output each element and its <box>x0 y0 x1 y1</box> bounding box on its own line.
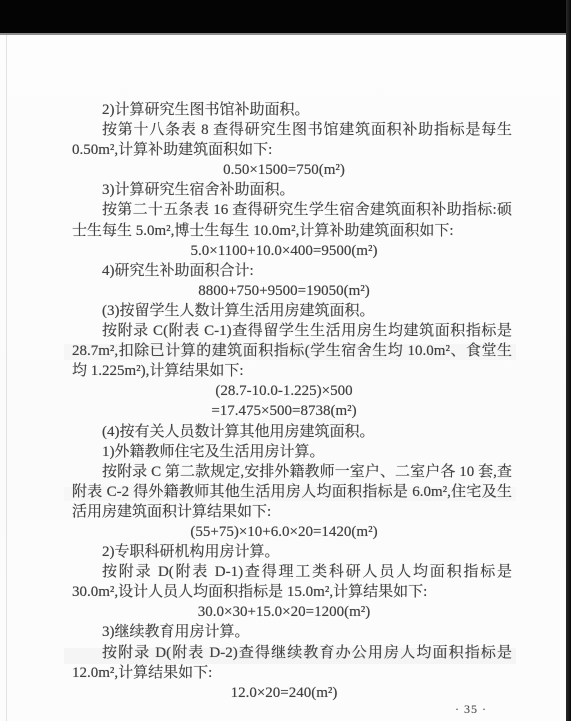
formula-line: =17.475×500=8738(m²) <box>72 401 512 421</box>
paragraph: 按附录 D(附表 D-1)查得理工类科研人员人均面积指标是 30.0m²,设计人… <box>72 562 512 602</box>
paragraph: 2)专职科研机构用房计算。 <box>72 542 512 562</box>
paragraph: 4)研究生补助面积合计: <box>72 261 512 281</box>
document-text-block: 2)计算研究生图书馆补助面积。按第十八条表 8 查得研究生图书馆建筑面积补助指标… <box>72 100 512 703</box>
paragraph: 3)继续教育用房计算。 <box>72 622 512 642</box>
paragraph: 按附录 D(附表 D-2)查得继续教育办公用房人均面积指标是 12.0m²,计算… <box>72 643 512 683</box>
paragraph: 3)计算研究生宿舍补助面积。 <box>72 180 512 200</box>
paragraph: 按第十八条表 8 查得研究生图书馆建筑面积补助指标是每生 0.50m²,计算补助… <box>72 120 512 160</box>
scan-black-edge-right <box>566 0 571 721</box>
paragraph: 按附录 C(附表 C-1)查得留学生生活用房生均建筑面积指标是 28.7m²,扣… <box>72 321 512 381</box>
formula-line: 0.50×1500=750(m²) <box>72 160 512 180</box>
formula-line: 8800+750+9500=19050(m²) <box>72 281 512 301</box>
paragraph: (3)按留学生人数计算生活用房建筑面积。 <box>72 301 512 321</box>
paragraph: 按第二十五条表 16 查得研究生学生宿舍建筑面积补助指标:硕士生每生 5.0m²… <box>72 200 512 240</box>
formula-line: 30.0×30+15.0×20=1200(m²) <box>72 602 512 622</box>
formula-line: 5.0×1100+10.0×400=9500(m²) <box>72 241 512 261</box>
paragraph: 1)外籍教师住宅及生活用房计算。 <box>72 442 512 462</box>
paragraph: 按附录 C 第二款规定,安排外籍教师一室户、二室户各 10 套,查附表 C-2 … <box>72 462 512 522</box>
formula-line: 12.0×20=240(m²) <box>72 683 512 703</box>
scan-black-bar-top <box>0 0 571 33</box>
page-number: · 35 · <box>455 702 487 716</box>
formula-line: (55+75)×10+6.0×20=1420(m²) <box>72 522 512 542</box>
page-edge-line-left <box>6 35 7 721</box>
paragraph: (4)按有关人员数计算其他用房建筑面积。 <box>72 422 512 442</box>
paragraph: 2)计算研究生图书馆补助面积。 <box>72 100 512 120</box>
formula-line: (28.7-10.0-1.225)×500 <box>72 381 512 401</box>
scanned-document-page: 2)计算研究生图书馆补助面积。按第十八条表 8 查得研究生图书馆建筑面积补助指标… <box>0 0 571 721</box>
scan-bar-shadow-line <box>0 33 571 35</box>
